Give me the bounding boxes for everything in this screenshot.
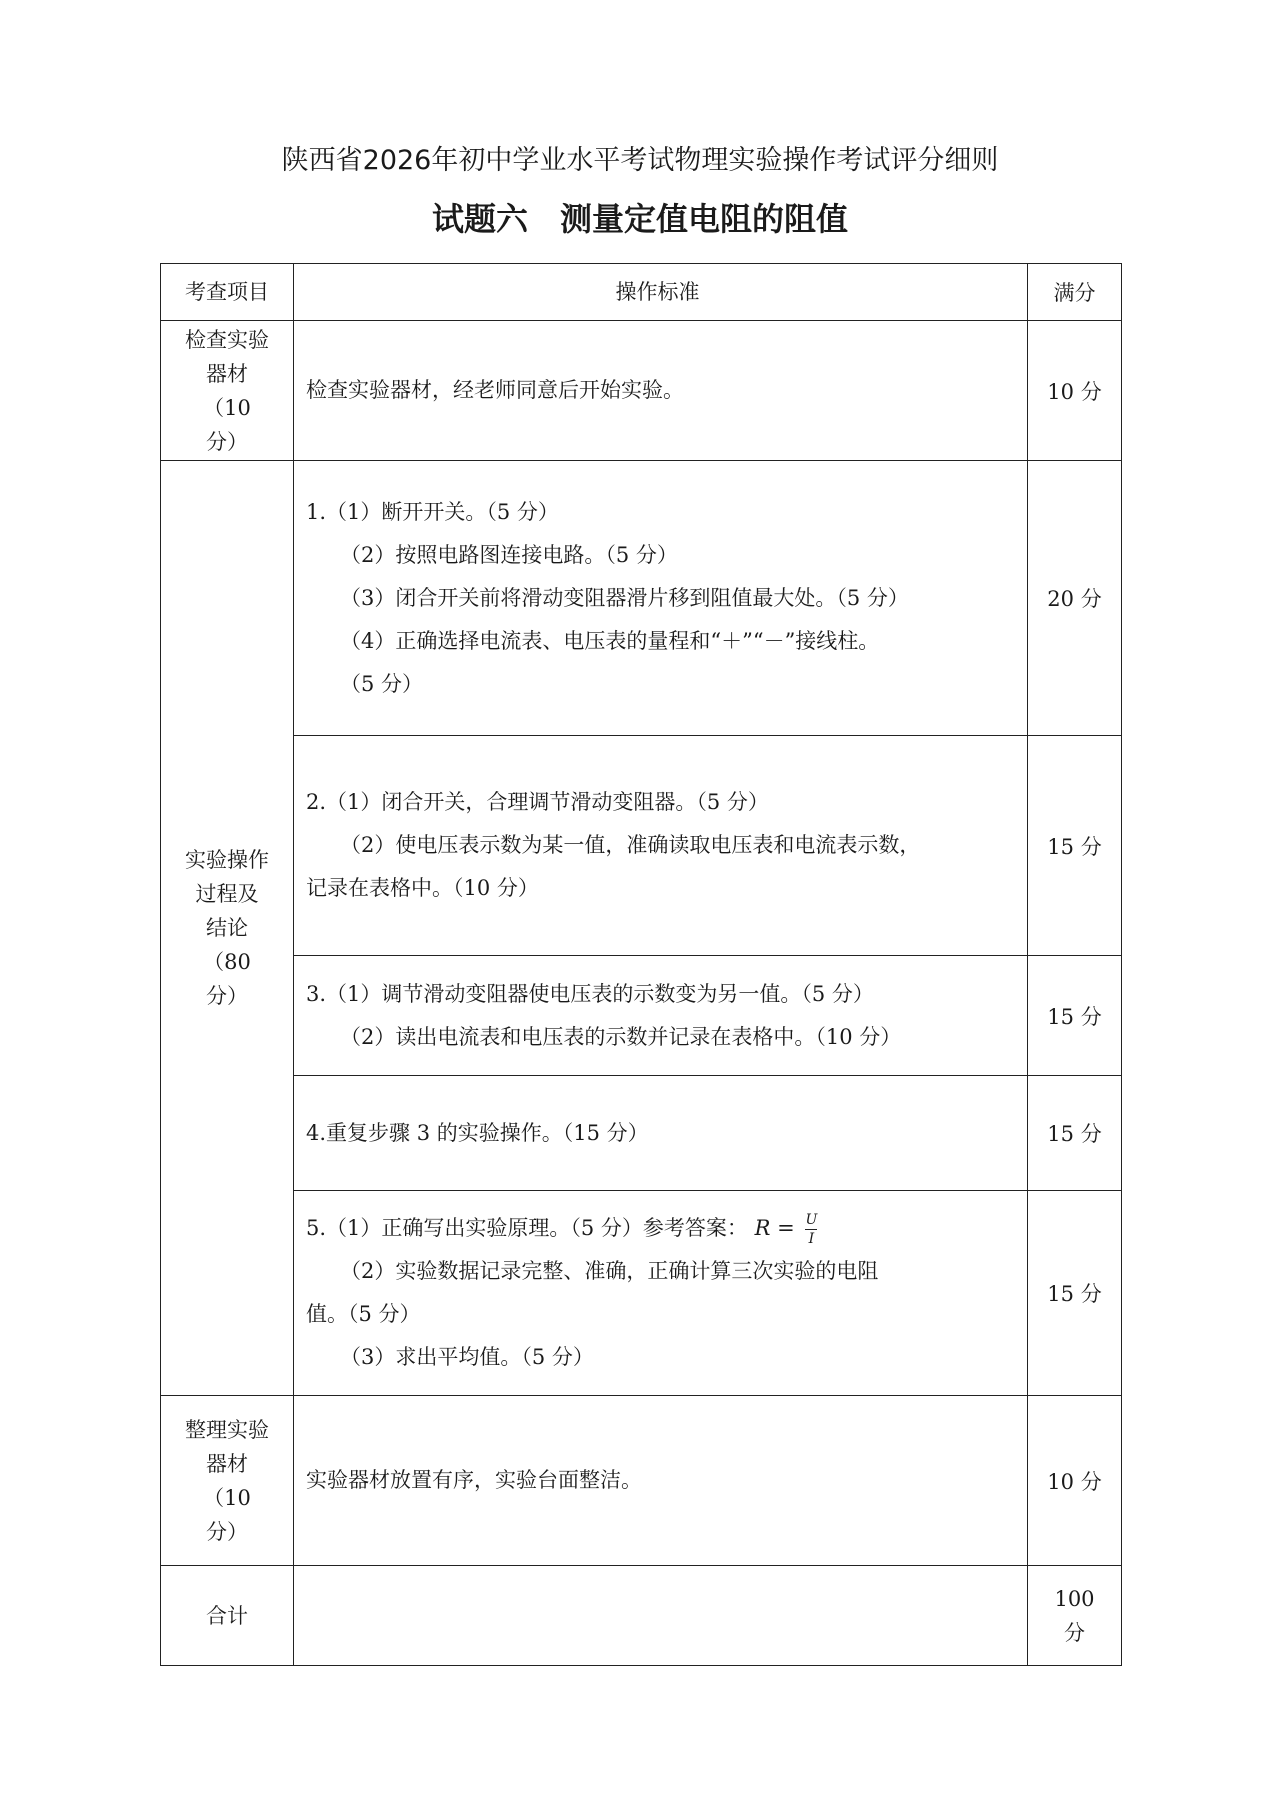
standard-text: 2.（1）闭合开关，合理调节滑动变阻器。（5 分） (306, 781, 1021, 824)
total-score-unit: 分 (1028, 1616, 1121, 1650)
standard-cell: 检查实验器材，经老师同意后开始实验。 (294, 321, 1028, 461)
item-text: 结论 (161, 911, 293, 945)
standard-text: 4.重复步骤 3 的实验操作。（15 分） (306, 1112, 1021, 1155)
formula-lhs: R = (755, 1216, 795, 1240)
item-text: 过程及 (161, 877, 293, 911)
score-cell: 15 分 (1028, 1076, 1122, 1191)
ohms-law-formula: R = U I (755, 1216, 818, 1240)
item-text: （10 (161, 1481, 293, 1515)
table-header-row: 考查项目 操作标准 满分 (161, 264, 1122, 321)
item-cell: 整理实验 器材 （10 分） (161, 1396, 294, 1566)
table-row: 5.（1）正确写出实验原理。（5 分）参考答案： R = U I （2）实验数据… (161, 1191, 1122, 1396)
table-row: 3.（1）调节滑动变阻器使电压表的示数变为另一值。（5 分） （2）读出电流表和… (161, 956, 1122, 1076)
standard-cell: 3.（1）调节滑动变阻器使电压表的示数变为另一值。（5 分） （2）读出电流表和… (294, 956, 1028, 1076)
table-row: 2.（1）闭合开关，合理调节滑动变阻器。（5 分） （2）使电压表示数为某一值，… (161, 736, 1122, 956)
score-cell: 20 分 (1028, 461, 1122, 736)
document-subtitle: 试题六 测量定值电阻的阻值 (0, 194, 1280, 240)
score-cell: 10 分 (1028, 321, 1122, 461)
item-text: 器材 (161, 357, 293, 391)
scoring-rubric-table: 考查项目 操作标准 满分 检查实验 器材 （10 分） 检查实验器材，经老师同意… (160, 263, 1122, 1666)
header-item: 考查项目 (161, 264, 294, 321)
standard-text: （2）实验数据记录完整、准确，正确计算三次实验的电阻 (306, 1250, 1021, 1293)
item-cell: 实验操作 过程及 结论 （80 分） (161, 461, 294, 1396)
table-row: 4.重复步骤 3 的实验操作。（15 分） 15 分 (161, 1076, 1122, 1191)
standard-text: （3）求出平均值。（5 分） (306, 1336, 1021, 1379)
standard-cell: 1.（1）断开开关。（5 分） （2）按照电路图连接电路。（5 分） （3）闭合… (294, 461, 1028, 736)
standard-text: （3）闭合开关前将滑动变阻器滑片移到阻值最大处。（5 分） (306, 577, 1021, 620)
standard-cell: 5.（1）正确写出实验原理。（5 分）参考答案： R = U I （2）实验数据… (294, 1191, 1028, 1396)
formula-numerator: U (806, 1213, 818, 1227)
fraction-bar (805, 1229, 817, 1230)
total-label: 合计 (161, 1566, 294, 1666)
standard-text: 值。（5 分） (306, 1293, 1021, 1336)
standard-text: （2）读出电流表和电压表的示数并记录在表格中。（10 分） (306, 1016, 1021, 1059)
total-row: 合计 100 分 (161, 1566, 1122, 1666)
standard-text: 记录在表格中。（10 分） (306, 867, 1021, 910)
standard-text: 5.（1）正确写出实验原理。（5 分）参考答案： (306, 1216, 748, 1240)
score-cell: 10 分 (1028, 1396, 1122, 1566)
item-text: 分） (161, 425, 293, 459)
table-row: 整理实验 器材 （10 分） 实验器材放置有序，实验台面整洁。 10 分 (161, 1396, 1122, 1566)
score-cell: 15 分 (1028, 956, 1122, 1076)
item-cell: 检查实验 器材 （10 分） (161, 321, 294, 461)
table-row: 实验操作 过程及 结论 （80 分） 1.（1）断开开关。（5 分） （2）按照… (161, 461, 1122, 736)
standard-text: 3.（1）调节滑动变阻器使电压表的示数变为另一值。（5 分） (306, 973, 1021, 1016)
standard-line-with-formula: 5.（1）正确写出实验原理。（5 分）参考答案： R = U I (306, 1207, 1021, 1250)
score-cell: 15 分 (1028, 736, 1122, 956)
item-text: 整理实验 (161, 1413, 293, 1447)
formula-denominator: I (809, 1232, 815, 1246)
standard-text: （5 分） (306, 663, 1021, 706)
total-score-value: 100 (1028, 1582, 1121, 1616)
table-row: 检查实验 器材 （10 分） 检查实验器材，经老师同意后开始实验。 10 分 (161, 321, 1122, 461)
standard-cell: 4.重复步骤 3 的实验操作。（15 分） (294, 1076, 1028, 1191)
standard-text: 实验器材放置有序，实验台面整洁。 (306, 1459, 1021, 1502)
item-text: 分） (161, 979, 293, 1013)
standard-text: （2）按照电路图连接电路。（5 分） (306, 534, 1021, 577)
total-score: 100 分 (1028, 1566, 1122, 1666)
item-text: （10 (161, 391, 293, 425)
score-cell: 15 分 (1028, 1191, 1122, 1396)
standard-text: 1.（1）断开开关。（5 分） (306, 491, 1021, 534)
header-standard: 操作标准 (294, 264, 1028, 321)
item-text: 分） (161, 1515, 293, 1549)
standard-text: （4）正确选择电流表、电压表的量程和“＋”“－”接线柱。 (306, 620, 1021, 663)
standard-text: （2）使电压表示数为某一值，准确读取电压表和电流表示数， (306, 824, 1021, 867)
total-standard (294, 1566, 1028, 1666)
formula-fraction: U I (805, 1213, 817, 1246)
item-text: 检查实验 (161, 323, 293, 357)
item-text: （80 (161, 945, 293, 979)
standard-cell: 2.（1）闭合开关，合理调节滑动变阻器。（5 分） （2）使电压表示数为某一值，… (294, 736, 1028, 956)
item-text: 实验操作 (161, 843, 293, 877)
document-title: 陕西省2026年初中学业水平考试物理实验操作考试评分细则 (0, 138, 1280, 177)
item-text: 器材 (161, 1447, 293, 1481)
header-score: 满分 (1028, 264, 1122, 321)
standard-cell: 实验器材放置有序，实验台面整洁。 (294, 1396, 1028, 1566)
standard-text: 检查实验器材，经老师同意后开始实验。 (306, 369, 1021, 412)
